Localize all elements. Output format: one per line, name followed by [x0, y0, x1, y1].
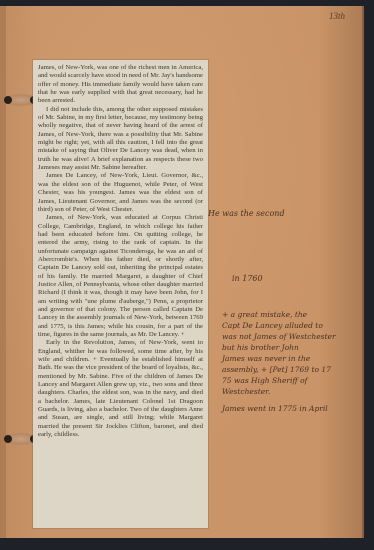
handwritten-note-second: He was the second [208, 209, 285, 218]
clipping-paragraph: I did not include this, among the other … [38, 106, 203, 173]
clipping-paragraph: James De Lancey, of New-York, Lieut. Gov… [38, 172, 203, 214]
note-line: was not James of Westchester [222, 331, 362, 342]
note-line: Westchester. [222, 386, 362, 397]
page-binding-edge [0, 6, 6, 538]
note-line: Capt De Lancey alluded to [222, 320, 362, 331]
handwritten-note-year: in 1760 [232, 274, 263, 283]
note-line: James went in 1775 in April [222, 403, 362, 414]
scrapbook-page: 13th James, of New-York, was one of the … [0, 6, 364, 538]
note-line: but his brother John [222, 342, 362, 353]
newspaper-clipping: James, of New-York, was one of the riche… [33, 60, 208, 528]
clipping-paragraph: James, of New-York, was one of the riche… [38, 64, 203, 106]
clipping-paragraph: Early in the Revolution, James, of New-Y… [38, 339, 203, 439]
handwritten-note-block: + a great mistake, the Capt De Lancey al… [222, 309, 362, 414]
note-line: 75 was High Sheriff of [222, 375, 362, 386]
page-number: 13th [329, 11, 345, 21]
note-line: James was never in the [222, 353, 362, 364]
clipping-paragraph: James, of New-York, was educated at Corp… [38, 214, 203, 339]
note-line: + a great mistake, the [222, 309, 362, 320]
note-line: assembly, + [Pet] 1769 to 17 [222, 364, 362, 375]
